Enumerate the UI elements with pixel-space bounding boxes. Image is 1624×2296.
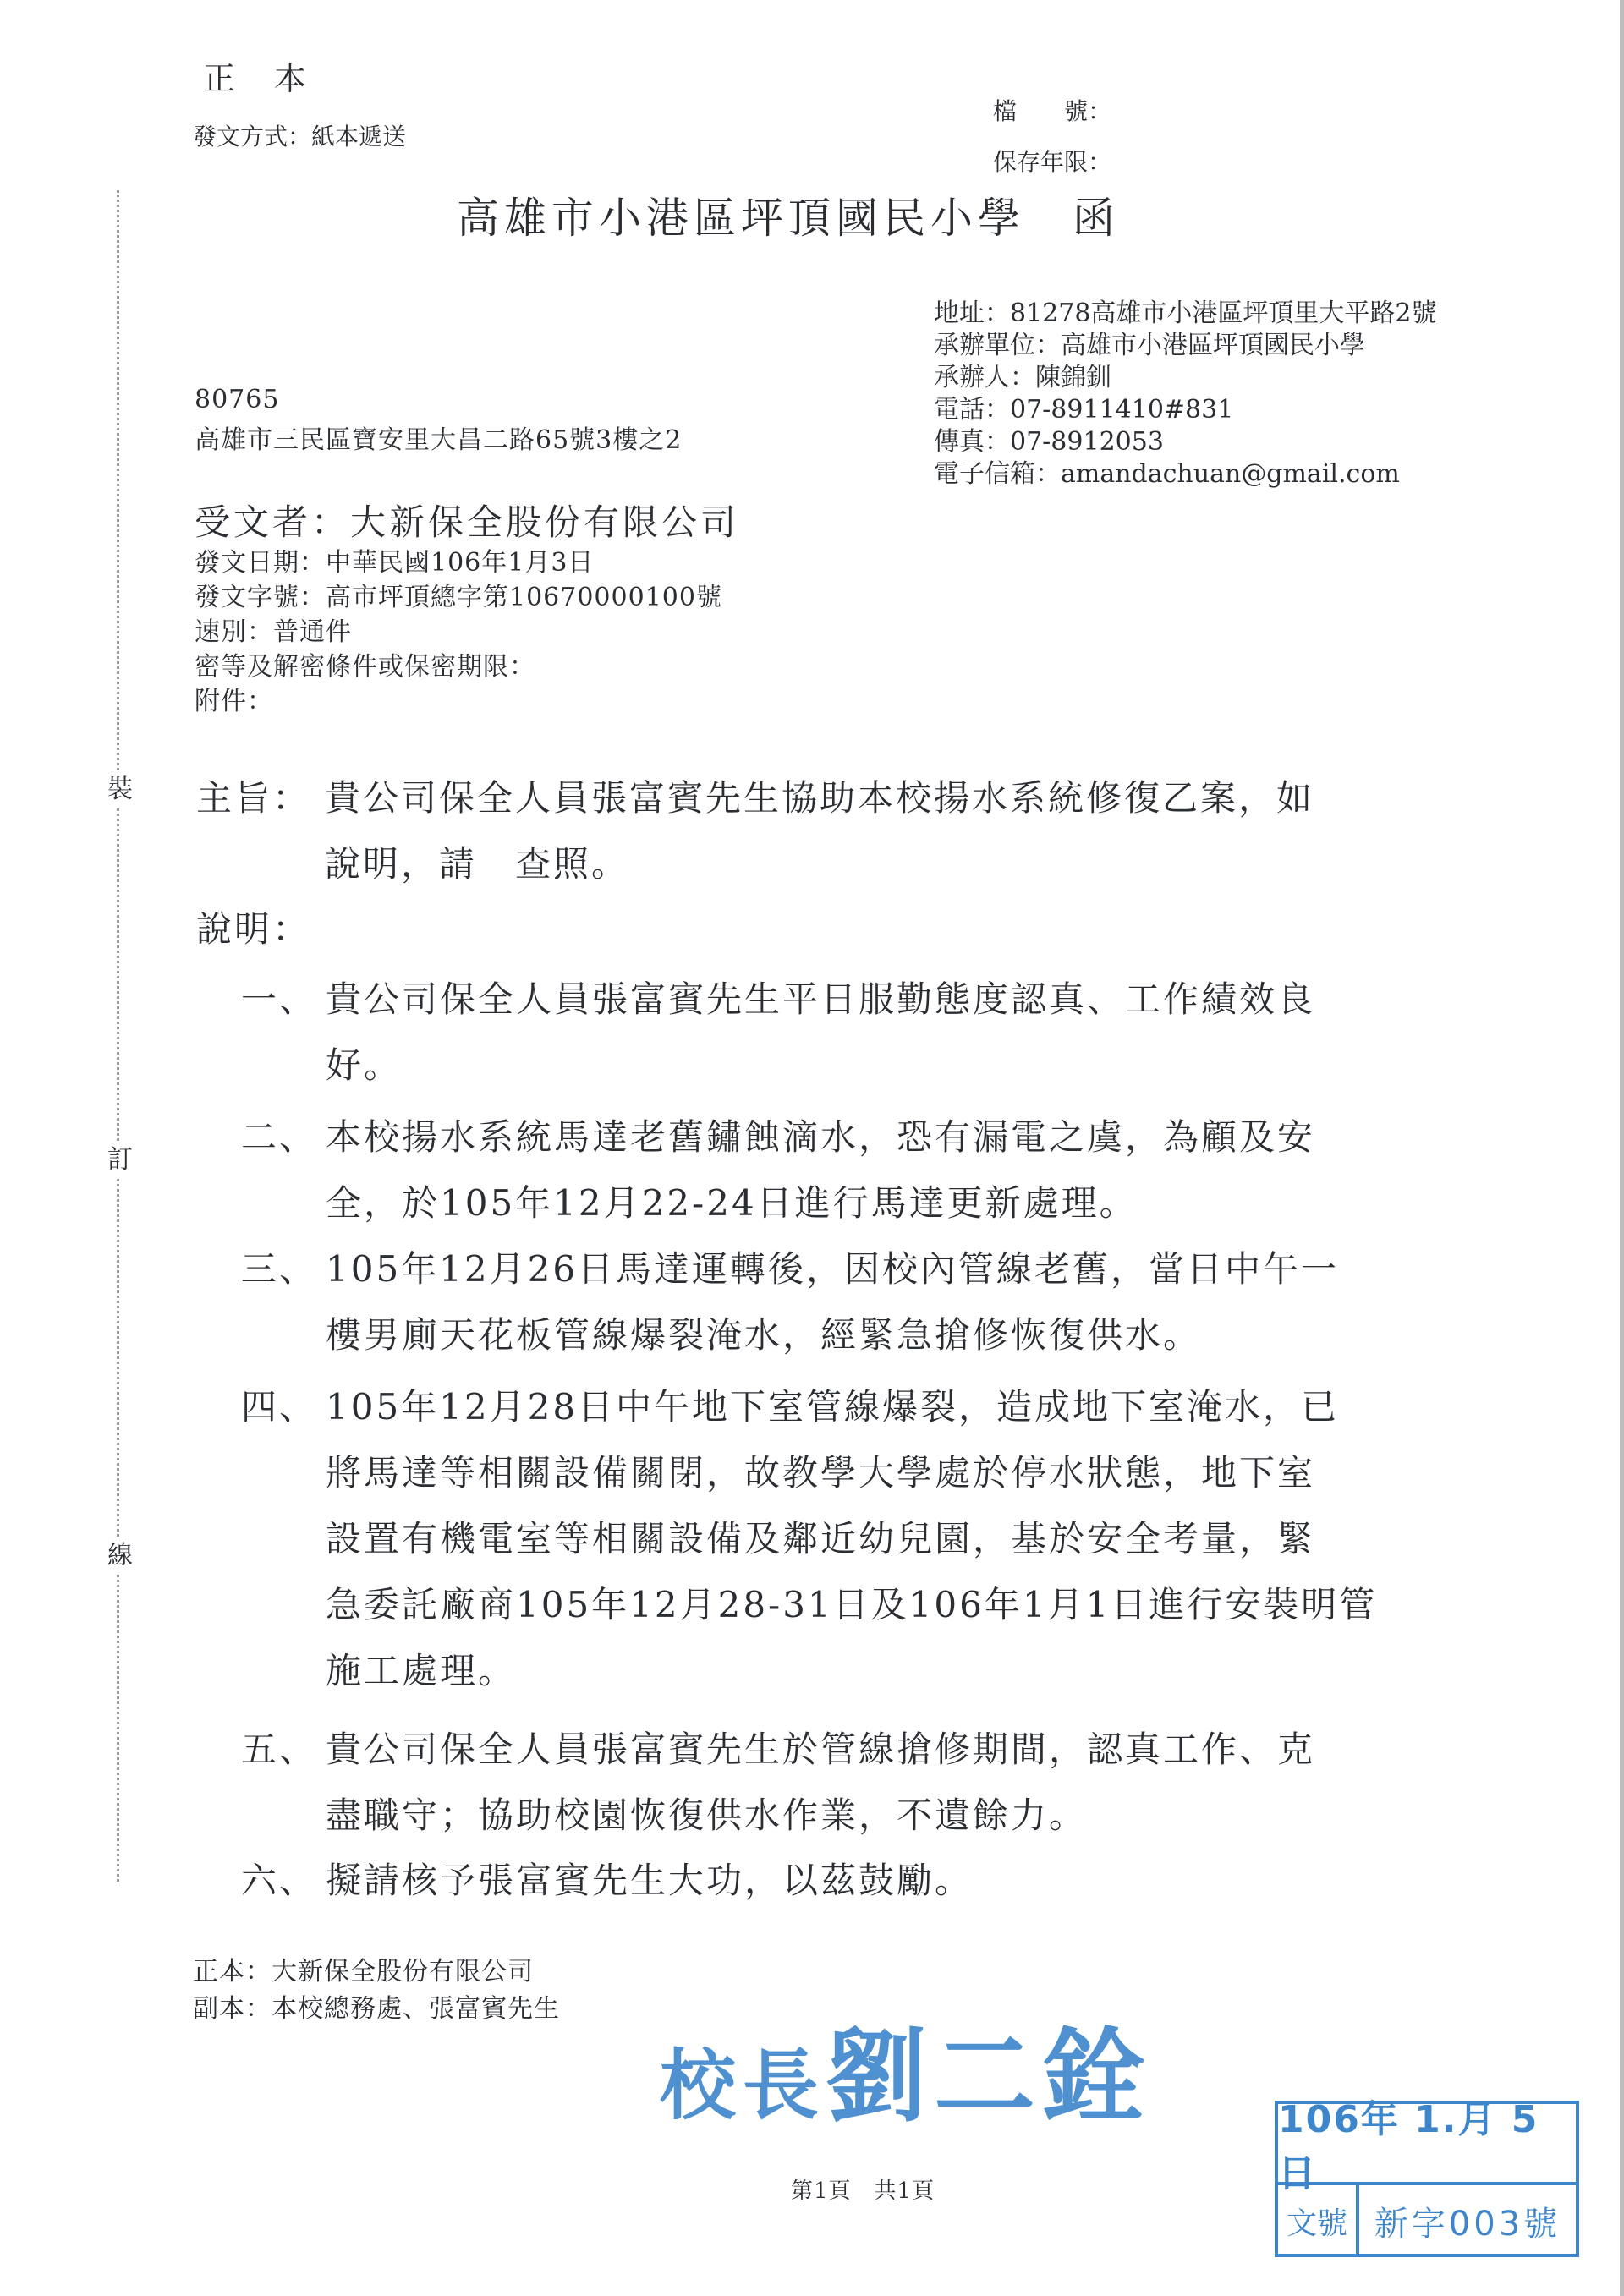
subject-label: 主旨： xyxy=(196,765,310,831)
item-text: 擬請核予張富賓先生大功，以茲鼓勵。 xyxy=(241,1848,1459,1914)
item-number: 六、 xyxy=(241,1848,317,1914)
explanation-item: 二、 本校揚水系統馬達老舊鏽蝕滴水，恐有漏電之虞，為顧及安 全，於105年12月… xyxy=(241,1104,1459,1236)
item-number: 四、 xyxy=(241,1374,317,1440)
document-meta: 發文日期：中華民國106年1月3日 發文字號：高市坪頂總字第1067000010… xyxy=(195,545,722,719)
explanation-item: 五、 貴公司保全人員張富賓先生於管線搶修期間，認真工作、克 盡職守；協助校園恢復… xyxy=(241,1717,1459,1849)
item-number: 一、 xyxy=(241,967,317,1033)
signature-name: 劉二銓 xyxy=(826,2017,1150,2136)
classification: 密等及解密條件或保密期限： xyxy=(195,649,722,684)
binding-label-xian: 線 xyxy=(101,1537,139,1575)
item-text: 105年12月28日中午地下室管線爆裂，造成地下室淹水，已 將馬達等相關設備關閉… xyxy=(241,1374,1459,1704)
item-number: 二、 xyxy=(241,1104,317,1170)
retention-label: 保存年限： xyxy=(993,144,1111,178)
subject-text: 貴公司保全人員張富賓先生協助本校揚水系統修復乙案，如 說明，請 查照。 xyxy=(196,765,1465,897)
stamp-number-value: 新字003號 xyxy=(1359,2185,1576,2257)
signature-title: 校長 xyxy=(660,2041,826,2130)
copy-type: 正 本 xyxy=(203,52,310,99)
file-number-label: 檔 號： xyxy=(993,93,1111,127)
binding-label-ding: 訂 xyxy=(101,1142,139,1179)
item-text: 貴公司保全人員張富賓先生平日服勤態度認真、工作績效良 好。 xyxy=(241,967,1459,1099)
fax: 傳真：07-8912053 xyxy=(934,426,1437,458)
priority: 速別：普通件 xyxy=(195,615,722,649)
principal-signature-stamp: 校長劉二銓 xyxy=(660,1996,1150,2141)
handling-unit: 承辦單位：高雄市小港區坪頂國民小學 xyxy=(934,330,1437,362)
delivery-method: 發文方式：紙本遞送 xyxy=(193,118,406,152)
sender-address: 地址：81278高雄市小港區坪頂里大平路2號 xyxy=(934,298,1437,330)
stamp-date: 106年 1.月 5 日 xyxy=(1278,2104,1576,2185)
email: 電子信箱：amandachuan@gmail.com xyxy=(934,458,1437,490)
recipient-postal-code: 80765 xyxy=(195,385,279,414)
handler-name: 承辦人：陳錦釧 xyxy=(934,362,1437,394)
item-text: 貴公司保全人員張富賓先生於管線搶修期間，認真工作、克 盡職守；協助校園恢復供水作… xyxy=(241,1717,1459,1849)
item-number: 三、 xyxy=(241,1236,317,1302)
explanation-item: 六、 擬請核予張富賓先生大功，以茲鼓勵。 xyxy=(241,1848,1459,1914)
item-number: 五、 xyxy=(241,1717,317,1783)
phone: 電話：07-8911410#831 xyxy=(934,394,1437,426)
stamp-number-label: 文號 xyxy=(1278,2185,1359,2257)
document-title: 高雄市小港區坪頂國民小學 函 xyxy=(457,184,1120,245)
recipient-address: 高雄市三民區寶安里大昌二路65號3樓之2 xyxy=(195,419,682,456)
binding-dotted-line xyxy=(117,190,119,1882)
original-recipient: 正本：大新保全股份有限公司 xyxy=(193,1954,560,1991)
receipt-date-stamp: 106年 1.月 5 日 文號 新字003號 xyxy=(1275,2101,1579,2257)
distribution-block: 正本：大新保全股份有限公司 副本：本校總務處、張富賓先生 xyxy=(193,1954,560,2028)
page-indicator: 第1頁 共1頁 xyxy=(791,2173,935,2205)
attachments: 附件： xyxy=(195,684,722,719)
explanation-item: 四、 105年12月28日中午地下室管線爆裂，造成地下室淹水，已 將馬達等相關設… xyxy=(241,1374,1459,1704)
document-number: 發文字號：高市坪頂總字第10670000100號 xyxy=(195,580,722,615)
issue-date: 發文日期：中華民國106年1月3日 xyxy=(195,545,722,580)
explanation-item: 一、 貴公司保全人員張富賓先生平日服勤態度認真、工作績效良 好。 xyxy=(241,967,1459,1099)
page-edge xyxy=(1620,0,1624,2296)
item-text: 本校揚水系統馬達老舊鏽蝕滴水，恐有漏電之虞，為顧及安 全，於105年12月22-… xyxy=(241,1104,1459,1236)
binding-label-zhuang: 裝 xyxy=(101,771,139,808)
recipient: 受文者：大新保全股份有限公司 xyxy=(195,495,739,545)
explanation-label: 說明： xyxy=(196,896,310,962)
sender-contact-block: 地址：81278高雄市小港區坪頂里大平路2號 承辦單位：高雄市小港區坪頂國民小學… xyxy=(934,298,1437,490)
subject-block: 主旨： 貴公司保全人員張富賓先生協助本校揚水系統修復乙案，如 說明，請 查照。 xyxy=(196,765,1465,897)
copy-recipients: 副本：本校總務處、張富賓先生 xyxy=(193,1991,560,2028)
explanation-item: 三、 105年12月26日馬達運轉後，因校內管線老舊，當日中午一 樓男廁天花板管… xyxy=(241,1236,1459,1368)
item-text: 105年12月26日馬達運轉後，因校內管線老舊，當日中午一 樓男廁天花板管線爆裂… xyxy=(241,1236,1459,1368)
